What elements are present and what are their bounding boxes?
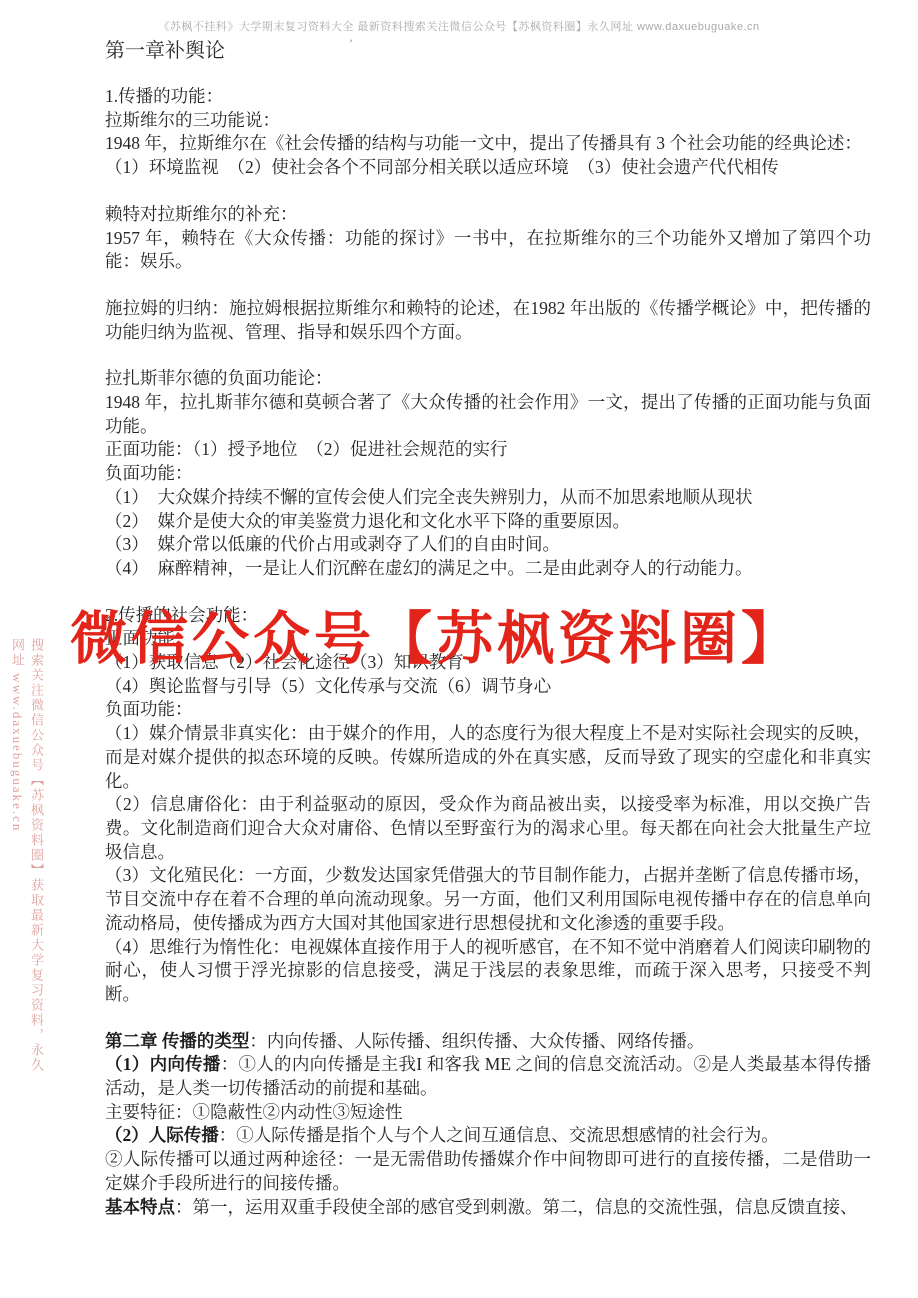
- paragraph: （3）文化殖民化：一方面，少数发达国家凭借强大的节目制作能力，占据并垄断了信息传…: [105, 864, 871, 935]
- paragraph: 拉斯维尔的三功能说：: [105, 109, 871, 133]
- paragraph: （1） 大众媒介持续不懈的宣传会使人们完全丧失辨别力，从而不加思索地顺从现状: [105, 486, 871, 510]
- paragraph: （1）内向传播：①人的内向传播是主我I 和客我 ME 之间的信息交流活动。②是人…: [105, 1053, 871, 1100]
- paragraph: 1948 年，拉斯维尔在《社会传播的结构与功能一文中，提出了传播具有 3 个社会…: [105, 132, 871, 156]
- left-vertical-watermark: 搜索关注微信公众号【苏枫资料圈】获取最新大学复习资料，永久网址 www.daxu…: [8, 638, 46, 1078]
- paragraph: 基本特点：第一，运用双重手段使全部的感官受到刺激。第二，信息的交流性强，信息反馈…: [105, 1196, 871, 1220]
- paragraph: 1948 年，拉扎斯菲尔德和莫顿合著了《大众传播的社会作用》一文，提出了传播的正…: [105, 391, 871, 438]
- paragraph: 赖特对拉斯维尔的补充：: [105, 203, 871, 227]
- paragraph: （2）人际传播：①人际传播是指个人与个人之间互通信息、交流思想感情的社会行为。: [105, 1124, 871, 1148]
- paragraph: 拉扎斯菲尔德的负面功能论：: [105, 367, 871, 391]
- paragraph: ②人际传播可以通过两种途径：一是无需借助传播媒介作中间物即可进行的直接传播，二是…: [105, 1148, 871, 1195]
- paragraph: （1）媒介情景非真实化：由于媒介的作用，人的态度行为很大程度上不是对实际社会现实…: [105, 722, 871, 793]
- paragraph: 施拉姆的归纳：施拉姆根据拉斯维尔和赖特的论述，在1982 年出版的《传播学概论》…: [105, 297, 871, 344]
- red-watermark-overlay: 微信公众号【苏枫资料圈】: [70, 593, 810, 675]
- paragraph: 负面功能：: [105, 462, 871, 486]
- chapter-title: 第一章补舆论: [105, 34, 225, 63]
- paragraph: 1957 年，赖特在《大众传播：功能的探讨》一书中，在拉斯维尔的三个功能外又增加…: [105, 227, 871, 274]
- scan-artifact-mark: ’: [349, 36, 353, 51]
- paragraph: （4） 麻醉精神，一是让人们沉醉在虚幻的满足之中。二是由此剥夺人的行动能力。: [105, 557, 871, 581]
- paragraph: （3） 媒介常以低廉的代价占用或剥夺了人们的自由时间。: [105, 533, 871, 557]
- paragraph: 第二章 传播的类型：内向传播、人际传播、组织传播、大众传播、网络传播。: [105, 1030, 871, 1054]
- paragraph: 正面功能：（1）授予地位 （2）促进社会规范的实行: [105, 438, 871, 462]
- page-header-text: 《苏枫不挂科》大学期末复习资料大全 最新资料搜索关注微信公众号【苏枫资料圈】永久…: [0, 18, 918, 34]
- paragraph: （1）环境监视 （2）使社会各个不同部分相关联以适应环境 （3）使社会遗产代代相…: [105, 156, 871, 180]
- paragraph: 主要特征：①隐蔽性②内动性③短途性: [105, 1101, 871, 1125]
- paragraph: 1.传播的功能：: [105, 85, 871, 109]
- paragraph: （4）思维行为惰性化：电视媒体直接作用于人的视听感官，在不知不觉中消磨着人们阅读…: [105, 936, 871, 1007]
- paragraph: 负面功能：: [105, 698, 871, 722]
- paragraph: （4）舆论监督与引导（5）文化传承与交流（6）调节身心: [105, 675, 871, 699]
- paragraph: （2）信息庸俗化：由于利益驱动的原因，受众作为商品被出卖，以接受率为标准，用以交…: [105, 793, 871, 864]
- paragraph: （2） 媒介是使大众的审美鉴赏力退化和文化水平下降的重要原因。: [105, 510, 871, 534]
- document-page: 《苏枫不挂科》大学期末复习资料大全 最新资料搜索关注微信公众号【苏枫资料圈】永久…: [0, 0, 918, 1298]
